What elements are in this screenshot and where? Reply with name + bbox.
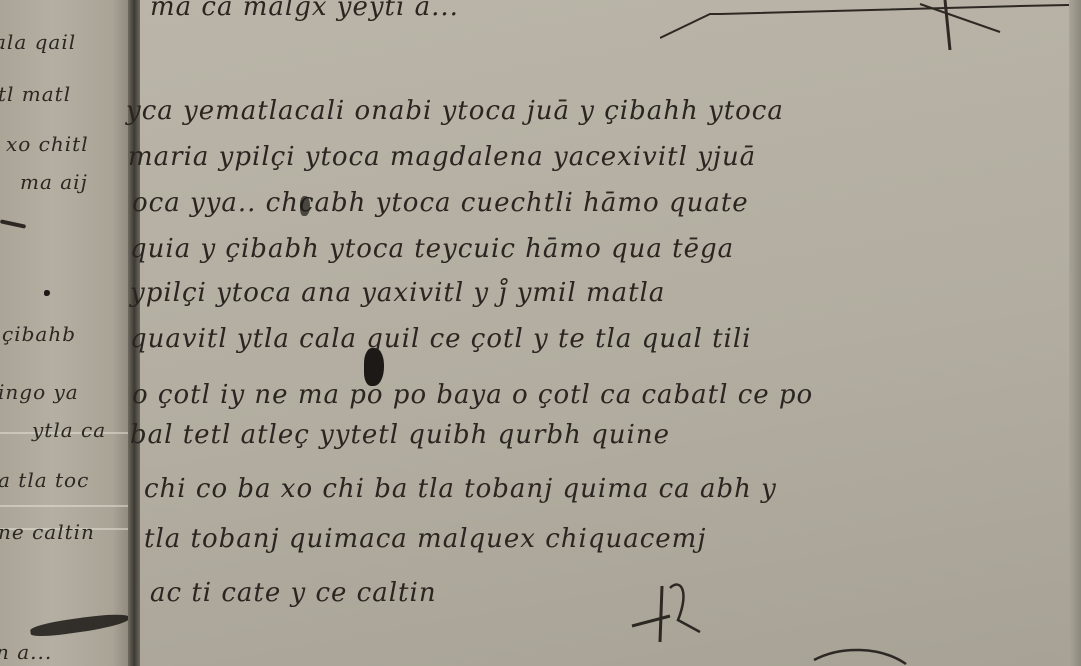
margin-text-line: ne caltin bbox=[0, 520, 95, 544]
manuscript-line: bal tetl atleç yytetl quibh qurbh quine bbox=[130, 420, 670, 450]
manuscript-line: ypilçi ytoca ana yaxivitl y j̊ ymil matl… bbox=[130, 278, 665, 308]
margin-text-line: n a... bbox=[0, 640, 52, 664]
manuscript-line: maria ypilçi ytoca magdalena yacexivitl … bbox=[128, 142, 756, 172]
margin-text-line: çibahb bbox=[2, 322, 76, 346]
manuscript-line: quavitl ytla cala quil ce çotl y te tla … bbox=[130, 324, 751, 354]
ink-arc bbox=[810, 640, 910, 666]
margin-text-line: tl matl bbox=[0, 82, 71, 106]
page-fold bbox=[0, 505, 128, 507]
margin-text-line: xo chitl bbox=[6, 132, 89, 156]
margin-text-line: ma aij bbox=[20, 170, 88, 194]
flourish-mark bbox=[660, 0, 1080, 60]
margin-text-line: ingo ya bbox=[0, 380, 79, 404]
manuscript-line: oca yya.. chcabh ytoca cuechtli hāmo qua… bbox=[132, 188, 749, 218]
manuscript-line: tla tobanj quimaca malquex chiquacemj bbox=[144, 524, 706, 554]
left-page: ala qail tl matl xo chitl ma aij çibahb … bbox=[0, 0, 132, 666]
margin-text-line: a tla toc bbox=[0, 468, 89, 492]
ink-stroke bbox=[0, 219, 26, 228]
manuscript-line: quia y çibabh ytoca teycuic hāmo qua tēg… bbox=[130, 234, 734, 264]
margin-text-line: ytla ca bbox=[32, 418, 106, 442]
manuscript-line: yca yematlacali onabi ytoca juā y çibahh… bbox=[126, 96, 784, 126]
manuscript-top-line: ma ca malgx yeyti a... bbox=[150, 0, 459, 22]
page-edge bbox=[1069, 0, 1081, 666]
margin-text-line: ala qail bbox=[0, 30, 76, 54]
signature-rubric-icon bbox=[630, 580, 730, 650]
manuscript-line: ac ti cate y ce caltin bbox=[150, 578, 437, 608]
manuscript-line: o çotl iy ne ma po po baya o çotl ca cab… bbox=[132, 380, 813, 410]
ink-blot bbox=[300, 196, 310, 216]
ink-smudge bbox=[30, 611, 131, 639]
right-page: ma ca malgx yeyti a... yca yematlacali o… bbox=[140, 0, 1081, 666]
manuscript-line: chi co ba xo chi ba tla tobanj quima ca … bbox=[144, 474, 777, 504]
ink-dot bbox=[44, 290, 50, 296]
ink-blot bbox=[364, 348, 384, 386]
